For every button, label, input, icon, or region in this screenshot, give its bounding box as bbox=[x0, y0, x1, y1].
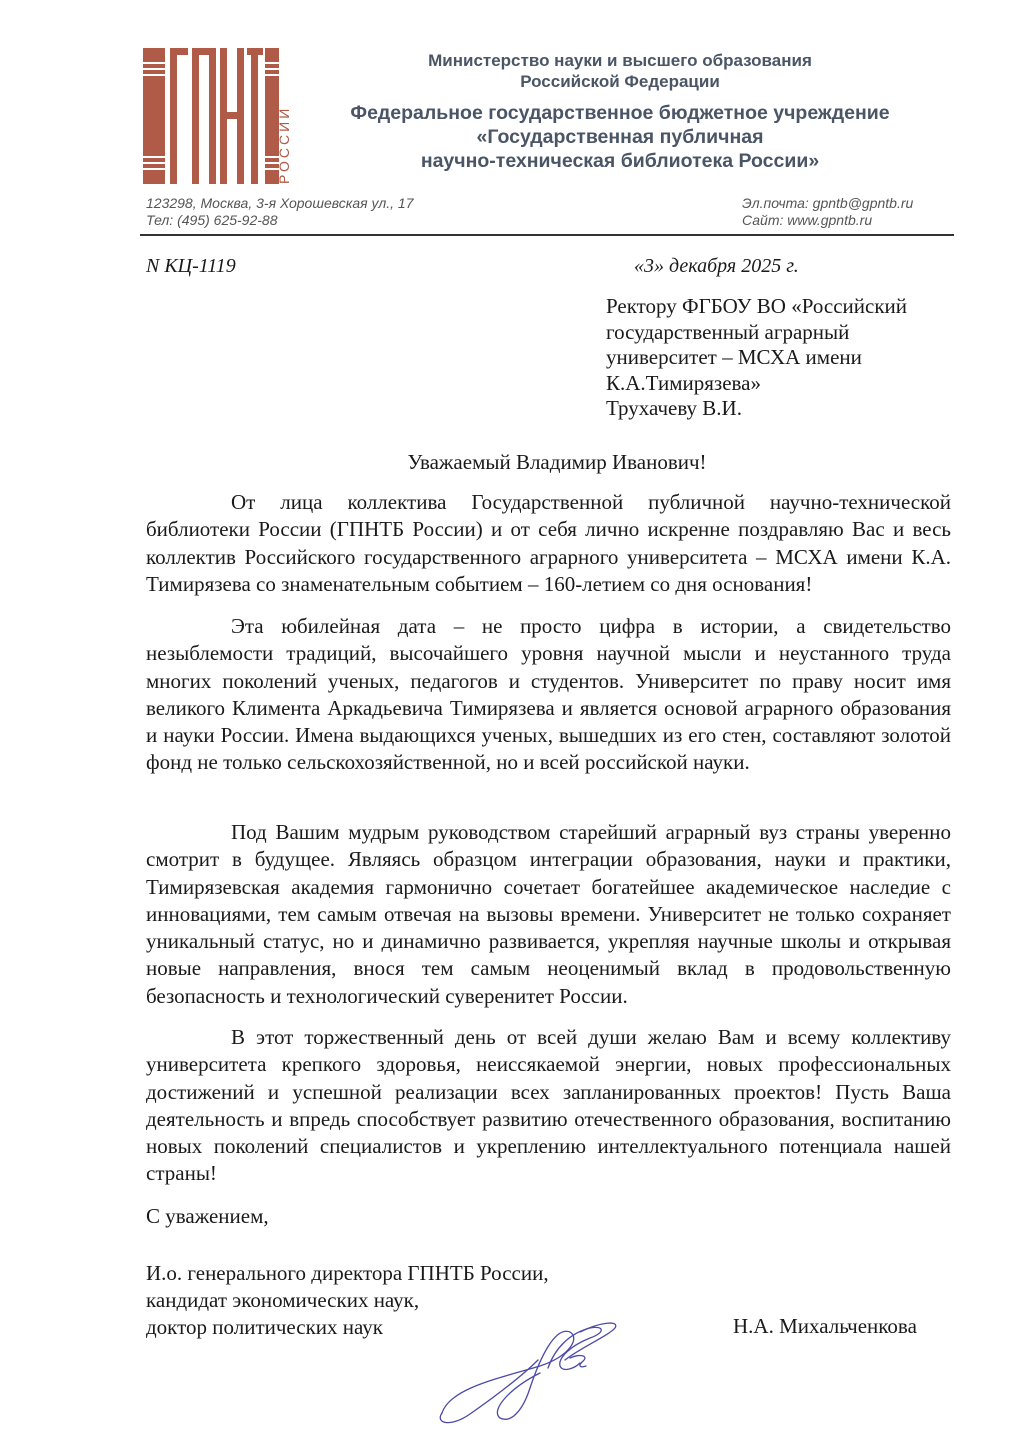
postal-contacts: 123298, Москва, 3-я Хорошевская ул., 17 … bbox=[146, 195, 413, 229]
logo-graphic-icon: РОССИИ bbox=[143, 48, 291, 184]
paragraph-4: В этот торжественный день от всей души ж… bbox=[146, 1024, 951, 1188]
address: 123298, Москва, 3-я Хорошевская ул., 17 bbox=[146, 195, 413, 212]
paragraph-2: Эта юбилейная дата – не просто цифра в и… bbox=[146, 613, 951, 777]
header-divider bbox=[140, 234, 954, 236]
document-date: «3» декабря 2025 г. bbox=[634, 255, 799, 278]
closing: С уважением, bbox=[146, 1204, 269, 1229]
salutation: Уважаемый Владимир Иванович! bbox=[0, 450, 1024, 475]
institution-name: Федеральное государственное бюджетное уч… bbox=[320, 101, 920, 173]
ministry-name: Министерство науки и высшего образования… bbox=[320, 50, 920, 92]
signature-icon bbox=[430, 1318, 630, 1428]
document-number: N КЦ-1119 bbox=[146, 255, 236, 278]
website[interactable]: Сайт: www.gpntb.ru bbox=[742, 212, 913, 229]
addressee-block: Ректору ФГБОУ ВО «Российский государстве… bbox=[606, 294, 907, 422]
gpntb-logo: РОССИИ bbox=[143, 48, 291, 184]
phone: Тел: (495) 625-92-88 bbox=[146, 212, 413, 229]
online-contacts: Эл.почта: gpntb@gpntb.ru Сайт: www.gpntb… bbox=[742, 195, 913, 229]
paragraph-3: Под Вашим мудрым руководством старейший … bbox=[146, 819, 951, 1010]
email[interactable]: Эл.почта: gpntb@gpntb.ru bbox=[742, 195, 913, 212]
logo-subtext: РОССИИ bbox=[276, 106, 291, 184]
signer-name: Н.А. Михальченкова bbox=[733, 1314, 917, 1339]
paragraph-1: От лица коллектива Государственной публи… bbox=[146, 489, 951, 598]
